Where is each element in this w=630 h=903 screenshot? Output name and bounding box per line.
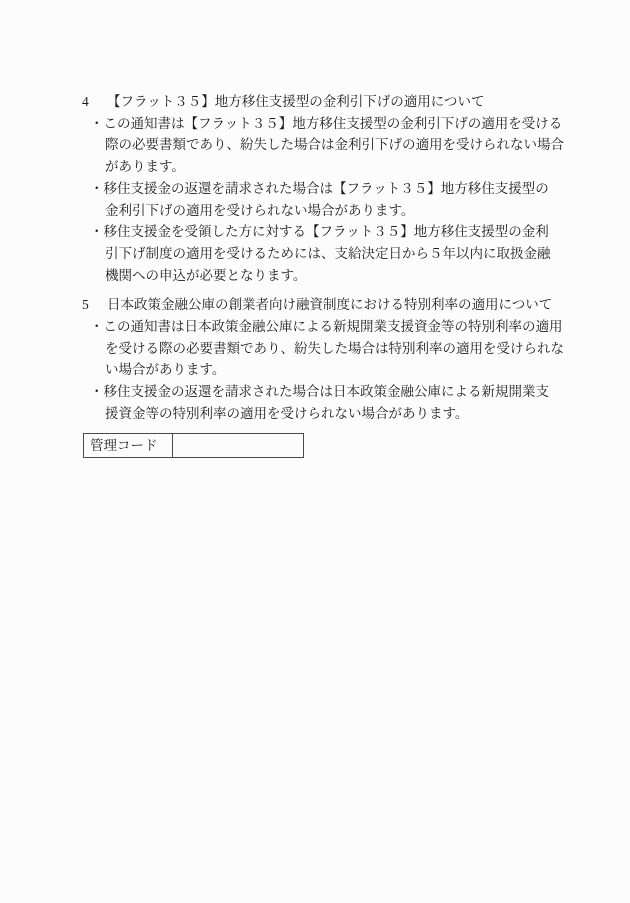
bullet-line: 援資金等の特別利率の適用を受けられない場合があります。: [105, 403, 562, 425]
bullet-line: 機関への申込が必要となります。: [105, 265, 562, 287]
section-4-bullet-3: ・移住支援金を受領した方に対する【フラット３５】地方移住支援型の金利 引下げ制度…: [82, 221, 562, 286]
section-4-heading: 4 【フラット３５】地方移住支援型の金利引下げの適用について: [82, 91, 562, 113]
section-4: 4 【フラット３５】地方移住支援型の金利引下げの適用について ・この通知書は【フ…: [82, 91, 562, 286]
section-5-bullet-1: ・この通知書は日本政策金融公庫による新規開業支援資金等の特別利率の適用 を受ける…: [82, 316, 562, 381]
section-4-title: 【フラット３５】地方移住支援型の金利引下げの適用について: [107, 91, 562, 113]
bullet-line: 引下げ制度の適用を受けるためには、支給決定日から５年以内に取扱金融: [105, 243, 562, 265]
bullet-line: い場合があります。: [105, 359, 562, 381]
management-code-label: 管理コード: [84, 433, 173, 457]
document-page: 4 【フラット３５】地方移住支援型の金利引下げの適用について ・この通知書は【フ…: [0, 0, 630, 903]
document-content: 4 【フラット３５】地方移住支援型の金利引下げの適用について ・この通知書は【フ…: [82, 91, 562, 458]
management-code-value: [173, 433, 304, 457]
bullet-line: ・この通知書は日本政策金融公庫による新規開業支援資金等の特別利率の適用: [90, 316, 562, 338]
bullet-line: 際の必要書類であり、紛失した場合は金利引下げの適用を受けられない場合: [105, 134, 562, 156]
section-5-heading: 5 日本政策金融公庫の創業者向け融資制度における特別利率の適用について: [82, 294, 562, 316]
section-5-number: 5: [82, 294, 107, 316]
section-4-bullet-2: ・移住支援金の返還を請求された場合は【フラット３５】地方移住支援型の 金利引下げ…: [82, 178, 562, 221]
section-5-bullet-2: ・移住支援金の返還を請求された場合は日本政策金融公庫による新規開業支 援資金等の…: [82, 381, 562, 424]
management-code-row: 管理コード: [84, 433, 304, 457]
bullet-line: ・移住支援金を受領した方に対する【フラット３５】地方移住支援型の金利: [90, 221, 562, 243]
management-code-table: 管理コード: [83, 433, 304, 458]
section-5-title: 日本政策金融公庫の創業者向け融資制度における特別利率の適用について: [107, 294, 562, 316]
bullet-line: ・移住支援金の返還を請求された場合は【フラット３５】地方移住支援型の: [90, 178, 562, 200]
bullet-line: ・この通知書は【フラット３５】地方移住支援型の金利引下げの適用を受ける: [90, 113, 562, 135]
section-4-number: 4: [82, 91, 107, 113]
section-4-bullet-1: ・この通知書は【フラット３５】地方移住支援型の金利引下げの適用を受ける 際の必要…: [82, 113, 562, 178]
bullet-line: ・移住支援金の返還を請求された場合は日本政策金融公庫による新規開業支: [90, 381, 562, 403]
bullet-line: 金利引下げの適用を受けられない場合があります。: [105, 200, 562, 222]
bullet-line: があります。: [105, 156, 562, 178]
bullet-line: を受ける際の必要書類であり、紛失した場合は特別利率の適用を受けられな: [105, 338, 562, 360]
section-5: 5 日本政策金融公庫の創業者向け融資制度における特別利率の適用について ・この通…: [82, 294, 562, 424]
